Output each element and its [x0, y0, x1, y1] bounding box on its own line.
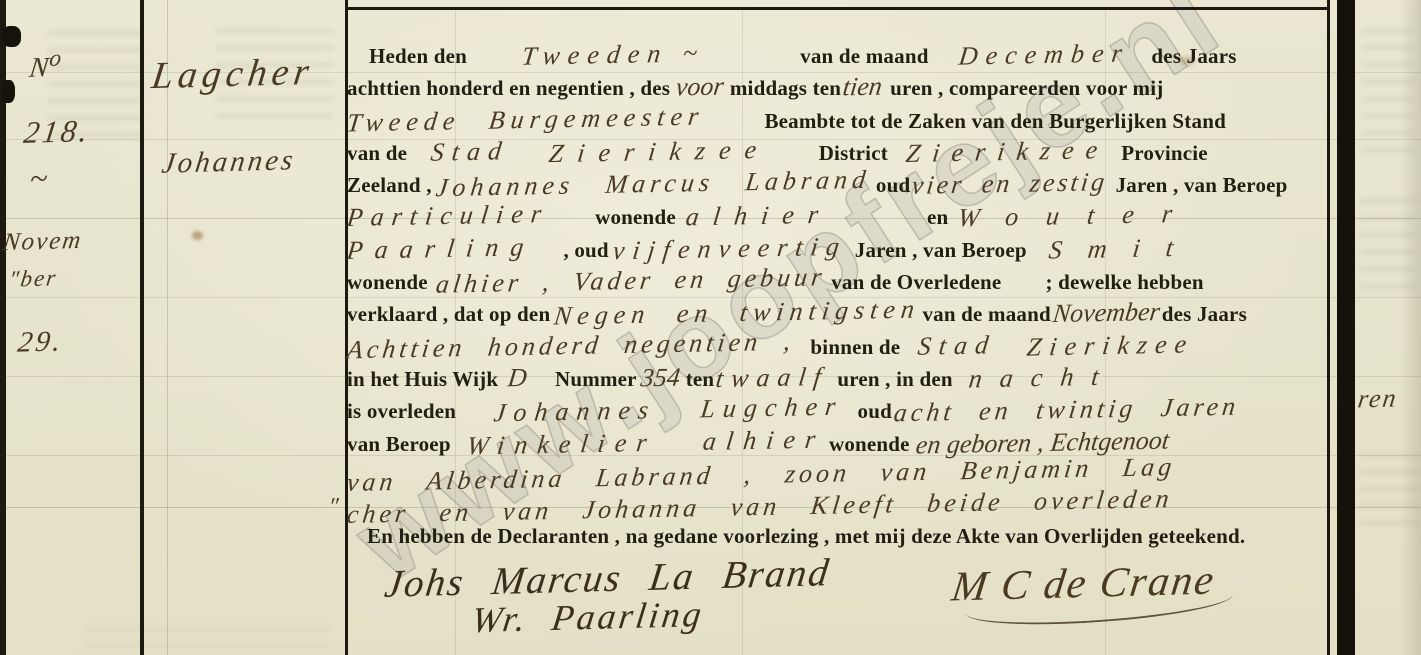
printed-text: wonende	[829, 432, 910, 457]
handwritten-text: Stad	[917, 330, 999, 362]
printed-text: wonende	[595, 205, 676, 230]
top-rule	[345, 7, 1330, 10]
right-thin-rule	[1327, 0, 1330, 655]
margin-date-month-bottom: "ber	[7, 265, 59, 292]
act-line: is overledenJohannes Lugcheroudacht en t…	[347, 395, 1305, 427]
handwritten-text: Zierikzee	[1025, 329, 1196, 362]
printed-text: Zeeland ,	[347, 173, 432, 198]
handwritten-text: Stad	[429, 136, 511, 168]
margin-squiggle: ~	[28, 160, 50, 198]
printed-text: Beambte tot de Zaken van den Burgerlijke…	[764, 109, 1226, 134]
printed-text: van de	[347, 141, 407, 166]
printed-text: Jaren , van Beroep	[855, 238, 1027, 263]
act-number-label: No	[27, 46, 62, 85]
handwritten-text: twaalf	[714, 362, 831, 394]
handwritten-text: 354	[639, 363, 682, 394]
act-line: verklaard , dat op denNegen en twintigst…	[347, 298, 1305, 330]
fox-spot	[192, 231, 203, 240]
act-line: in het Huis WijkDNummer354tentwaalfuren …	[347, 363, 1305, 395]
printed-text: District	[819, 141, 888, 166]
scan-edge-shade	[1400, 0, 1421, 655]
printed-text: verklaard , dat op den	[347, 302, 550, 327]
handwritten-text: tien	[841, 72, 884, 103]
printed-text: wonende	[347, 270, 428, 295]
handwritten-text: December	[957, 38, 1131, 71]
right-border-bar	[1337, 0, 1355, 655]
printed-text: van de Overledene	[831, 270, 1001, 295]
act-line: achttien honderd en negentien , desvoorm…	[347, 72, 1305, 104]
handwritten-text: vijfenveertig	[611, 231, 849, 266]
handwritten-text: Paarling	[345, 232, 537, 266]
printed-text: des Jaars	[1151, 44, 1236, 69]
number-label-text: N	[28, 52, 51, 84]
printed-text: En hebben de Declaranten , na gedane voo…	[367, 524, 1245, 549]
printed-text: oud	[876, 173, 910, 198]
printed-text: ; dewelke hebben	[1045, 270, 1203, 295]
handwritten-text: acht en twintig Jaren	[892, 392, 1241, 429]
handwritten-text: Winkelier alhier	[465, 424, 827, 461]
printed-text: van de maand	[800, 44, 928, 69]
handwritten-text: voor	[674, 72, 725, 103]
printed-text: des Jaars	[1162, 302, 1247, 327]
handwriting-overflow: ren	[1356, 383, 1400, 414]
printed-text: achttien honderd en negentien , des	[347, 76, 670, 101]
margin-date-month-top: Novem	[1, 227, 84, 257]
printed-text: Heden den	[369, 44, 467, 69]
bleedthrough-ghost	[84, 626, 330, 648]
printed-text: van de maand	[922, 302, 1050, 327]
handwritten-text: Zierikzee	[904, 135, 1111, 169]
printed-text: oud	[858, 399, 892, 424]
handwritten-text: Wouter	[957, 199, 1203, 234]
handwritten-text: D	[506, 363, 528, 393]
printed-text: , oud	[563, 238, 608, 263]
signature-declarant-2: Wr. Paarling	[469, 593, 707, 641]
act-line: Paarling, oudvijfenveertigJaren , van Be…	[347, 234, 1305, 266]
act-line: Tweede BurgemeesterBeambte tot de Zaken …	[347, 105, 1305, 137]
handwritten-text: Johannes Lugcher	[492, 392, 845, 429]
handwritten-text: Negen en twintigsten	[553, 295, 923, 332]
ink-blot	[2, 26, 21, 47]
act-body: Heden denTweeden ~van de maandDecemberde…	[347, 40, 1305, 557]
deceased-given-name: Johannes	[160, 144, 298, 181]
continuation-mark: "	[326, 494, 340, 521]
act-number: 218.	[22, 113, 93, 151]
act-line: van deStadZierikzeeDistrictZierikzeeProv…	[347, 137, 1305, 169]
printed-text: binnen de	[810, 335, 900, 360]
handwritten-text: Particulier	[345, 200, 551, 234]
printed-text: van Beroep	[347, 432, 451, 457]
guide-line	[167, 0, 168, 655]
handwritten-text: Zierikzee	[548, 135, 773, 169]
printed-text: Provincie	[1121, 141, 1208, 166]
margin-date-day: 29.	[16, 325, 66, 359]
handwritten-text: nacht	[967, 362, 1118, 395]
death-certificate-scan: www.joopfreje.nl No 218. ~ Novem "ber 29…	[0, 0, 1421, 655]
printed-text: is overleden	[347, 399, 456, 424]
act-line: Heden denTweeden ~van de maandDecemberde…	[347, 40, 1305, 72]
printed-text: uren , compareerden voor mij	[890, 76, 1163, 101]
act-line: Zeeland ,Johannes Marcus Labrandoudvier …	[347, 169, 1305, 201]
handwritten-text: Smit	[1047, 232, 1201, 265]
act-line: cher en van Johanna van Kleeft beide ove…	[347, 492, 1305, 524]
ink-blot	[1, 80, 15, 103]
act-line: wonendealhier , Vader en gebuurvan de Ov…	[347, 266, 1305, 298]
printed-text: Nummer	[555, 367, 637, 392]
printed-text: middags ten	[730, 76, 841, 101]
handwritten-text: alhier , Vader en gebuur	[434, 262, 827, 300]
handwritten-text: Tweeden ~	[520, 38, 707, 72]
printed-text: ten	[686, 367, 715, 392]
act-line: Achttien honderd negentien ,binnen deSta…	[347, 331, 1305, 363]
handwritten-text: Johannes Marcus Labrand	[434, 165, 872, 203]
printed-text: in het Huis Wijk	[347, 367, 498, 392]
deceased-surname: Lagcher	[149, 50, 316, 98]
act-line: ParticulierwonendealhierenWouter	[347, 201, 1305, 233]
column-rule	[140, 0, 144, 655]
printed-text: Jaren , van Beroep	[1116, 173, 1288, 198]
handwritten-text: Tweede Burgemeester	[345, 101, 706, 138]
printed-text: uren , in den	[837, 367, 952, 392]
printed-text: en	[927, 205, 948, 230]
handwritten-text: alhier	[684, 200, 834, 233]
handwritten-text: November	[1051, 297, 1161, 329]
handwritten-text: vier en zestig	[911, 167, 1110, 201]
handwritten-text: Achttien honderd negentien ,	[345, 326, 796, 365]
